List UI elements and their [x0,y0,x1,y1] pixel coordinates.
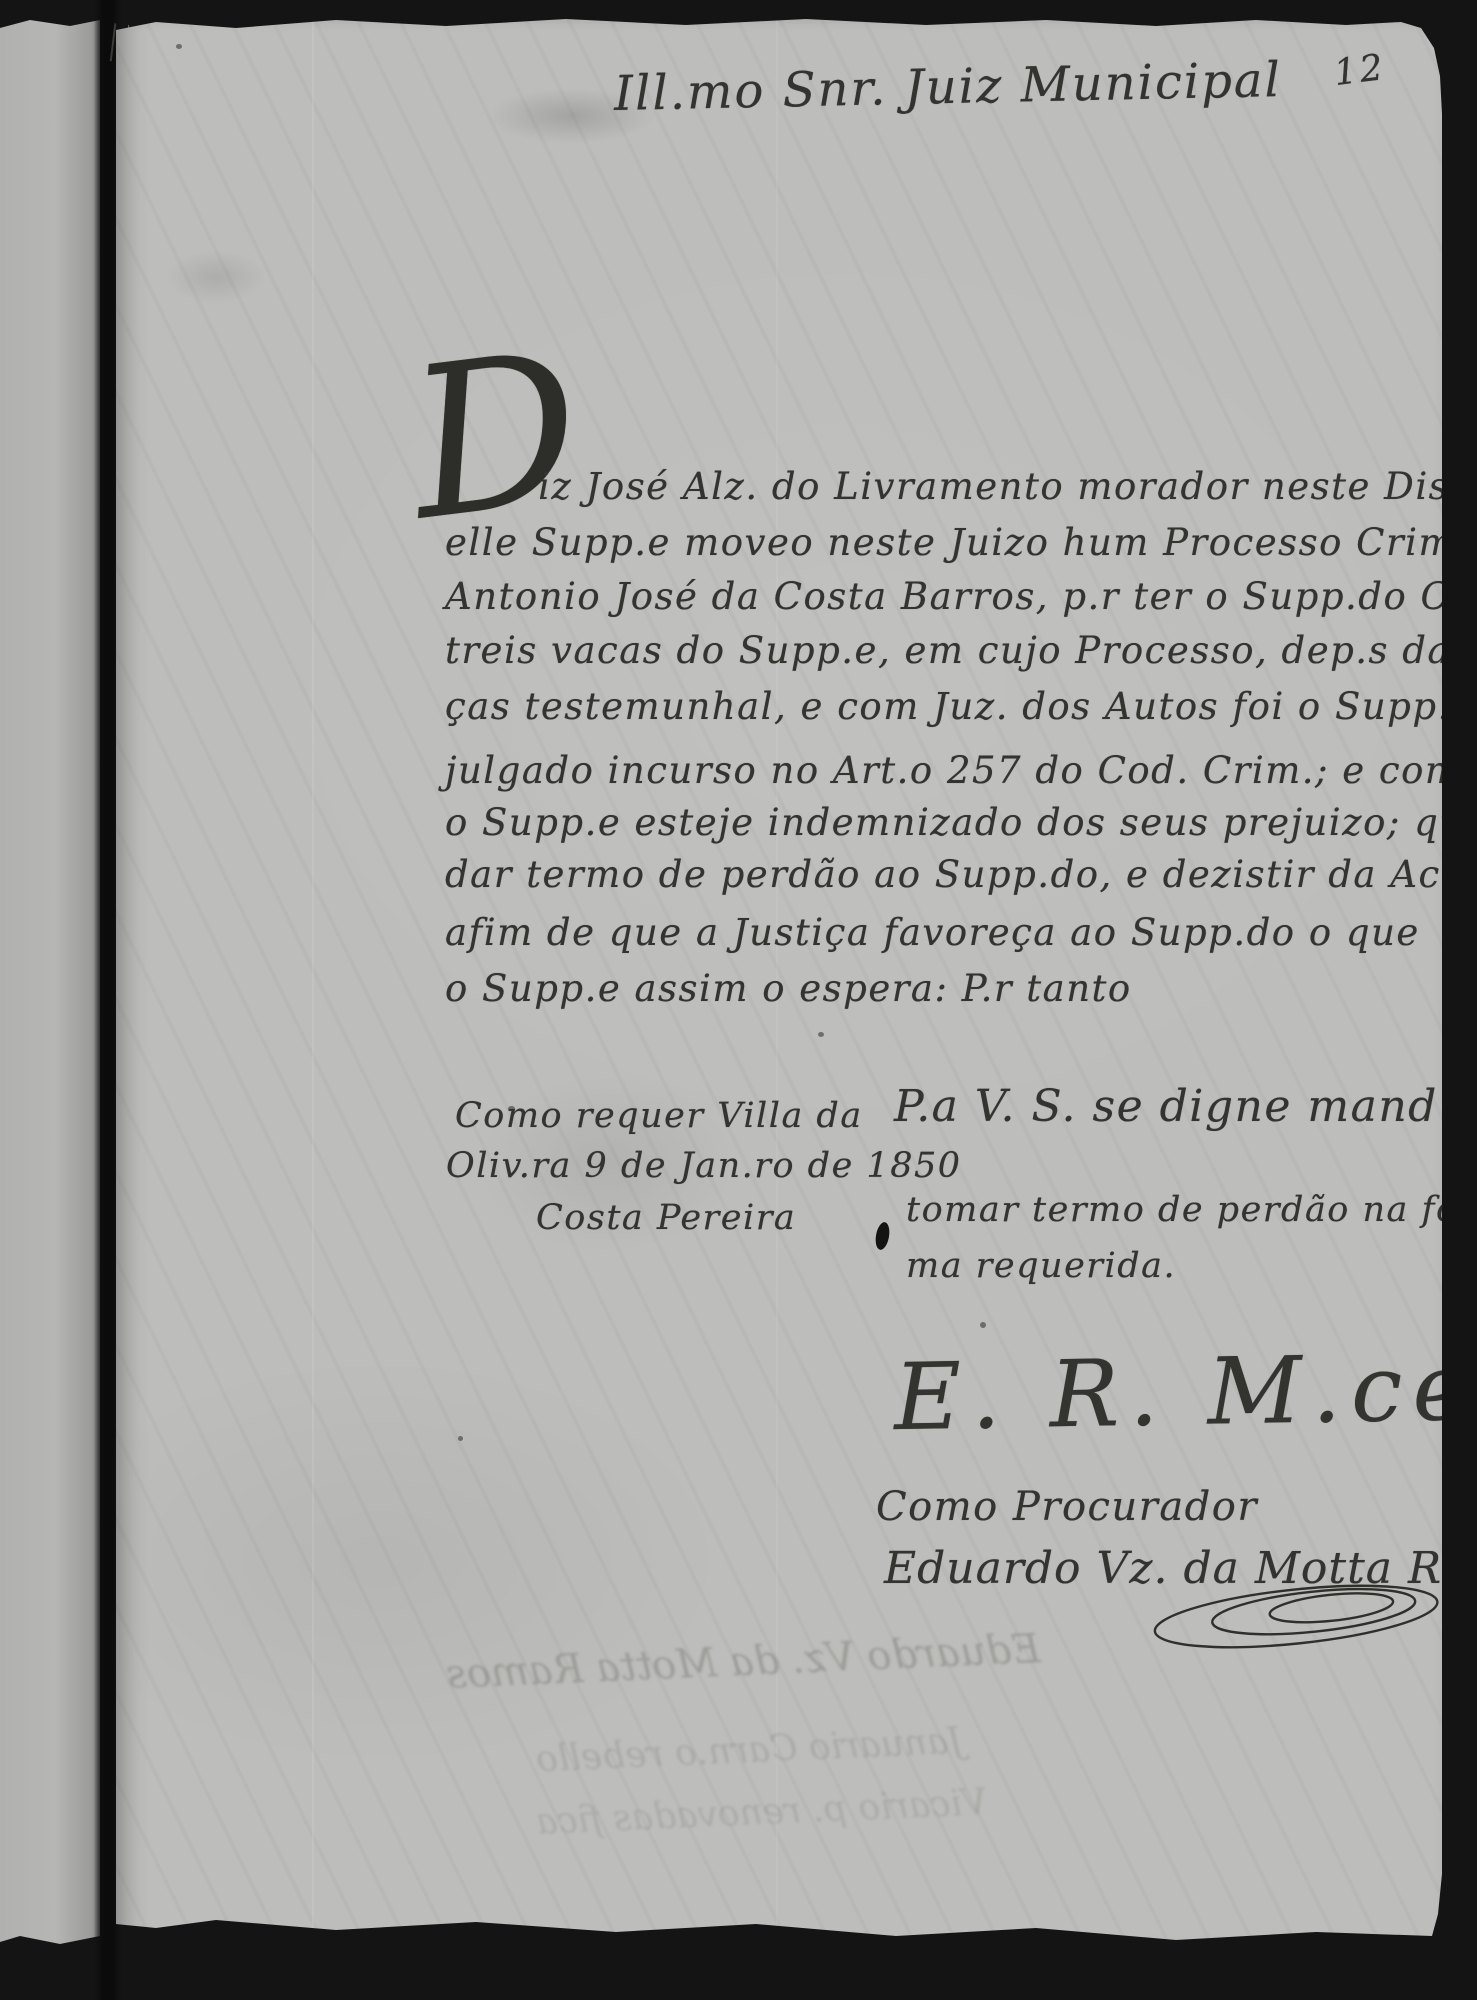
ink-speck [980,1322,986,1328]
handwritten-line: treis vacas do Supp.e, em cujo Processo,… [445,630,1477,673]
courtesy-formula: E. R. M.ce [893,1335,1477,1451]
adjacent-page-edge [0,10,100,1946]
ornate-initial: D [401,334,591,540]
handwritten-line: elle Supp.e moveo neste Juizo hum Proces… [445,522,1477,565]
document-page: 12 Ill.mo Snr. Juiz Municipal D iz José … [116,14,1442,1948]
ink-speck [176,44,182,49]
handwritten-line: afim de que a Justiça favoreça ao Supp.d… [445,912,1420,955]
handwritten-line: dar termo de perdão ao Supp.do, e dezist… [445,854,1477,897]
grant-line: Como requer Villa da [455,1096,863,1136]
ink-smudge [166,250,266,304]
handwritten-line: o Supp.e esteje indemnizado dos seus pre… [445,802,1477,845]
handwritten-line: iz José Alz. do Livramento morador neste… [538,466,1477,509]
handwritten-line: julgado incurso no Art.o 257 do Cod. Cri… [445,750,1477,793]
request-line: P.a V. S. se digne mand.or [894,1082,1477,1133]
signature-rubric [1146,1570,1456,1660]
request-line: ma requerida. [906,1246,1176,1286]
procurator-role-line: Como Procurador [876,1484,1258,1530]
manuscript-scan: 12 Ill.mo Snr. Juiz Municipal D iz José … [0,0,1477,2000]
handwritten-line: ças testemunhal, e com Juz. dos Autos fo… [445,686,1477,729]
judge-signature: Costa Pereira [536,1198,796,1238]
handwritten-line: Antonio José da Costa Barros, p.r ter o … [445,576,1477,619]
paper-crease [312,14,314,1948]
ink-speck [818,1032,824,1037]
page-number: 12 [1332,47,1388,94]
date-line: Oliv.ra 9 de Jan.ro de 1850 [446,1146,962,1186]
request-line: tomar termo de perdão na for- [906,1190,1477,1230]
ink-speck [458,1436,463,1441]
handwritten-line: o Supp.e assim o espera: P.r tanto [445,968,1132,1011]
